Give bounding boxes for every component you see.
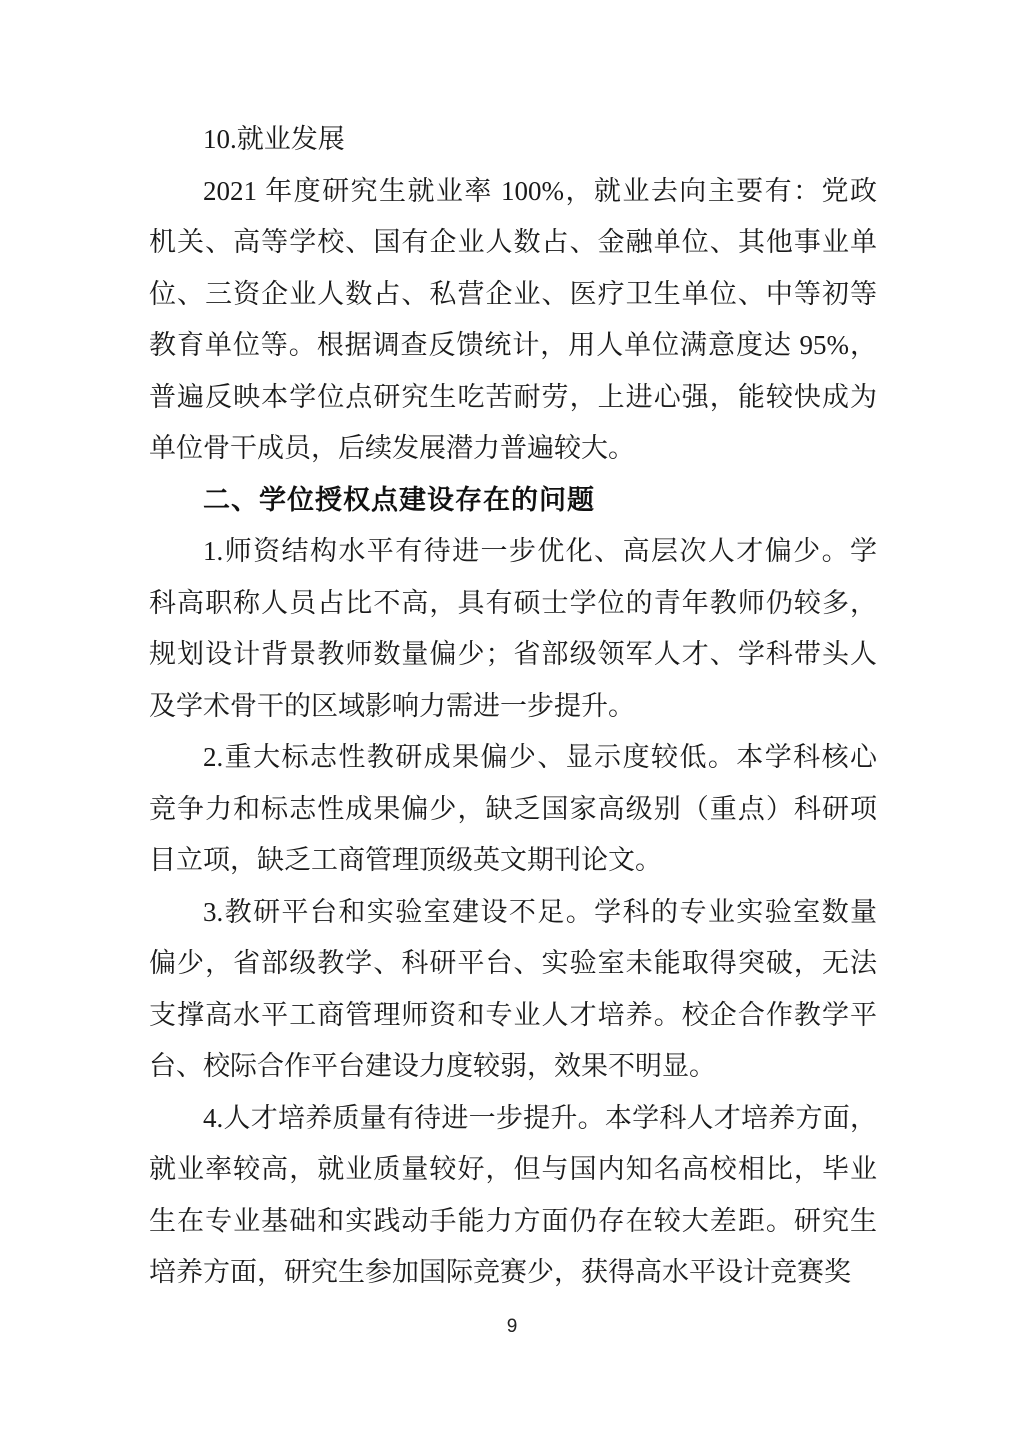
text-line: 普遍反映本学位点研究生吃苦耐劳，上进心强，能较快成为 [149, 372, 877, 424]
text-line: 3.教研平台和实验室建设不足。学科的专业实验室数量 [149, 887, 877, 939]
text-line: 生在专业基础和实践动手能力方面仍存在较大差距。研究生 [149, 1196, 877, 1248]
text-line: 单位骨干成员，后续发展潜力普遍较大。 [149, 423, 877, 475]
text-line: 位、三资企业人数占、私营企业、医疗卫生单位、中等初等 [149, 269, 877, 321]
paragraph: 1.师资结构水平有待进一步优化、高层次人才偏少。学科高职称人员占比不高，具有硕士… [149, 526, 877, 732]
text-line: 台、校际合作平台建设力度较弱，效果不明显。 [149, 1041, 877, 1093]
text-line: 1.师资结构水平有待进一步优化、高层次人才偏少。学 [149, 526, 877, 578]
text-line: 支撑高水平工商管理师资和专业人才培养。校企合作教学平 [149, 990, 877, 1042]
document-body: 10.就业发展2021 年度研究生就业率 100%，就业去向主要有：党政机关、高… [149, 114, 877, 1299]
text-line: 及学术骨干的区域影响力需进一步提升。 [149, 681, 877, 733]
text-line: 2021 年度研究生就业率 100%，就业去向主要有：党政 [149, 166, 877, 218]
text-line: 培养方面，研究生参加国际竞赛少，获得高水平设计竞赛奖 [149, 1247, 877, 1299]
text-line: 10.就业发展 [149, 114, 877, 166]
paragraph: 3.教研平台和实验室建设不足。学科的专业实验室数量偏少，省部级教学、科研平台、实… [149, 887, 877, 1093]
text-line: 教育单位等。根据调查反馈统计，用人单位满意度达 95%， [149, 320, 877, 372]
text-line: 二、学位授权点建设存在的问题 [149, 475, 877, 527]
text-line: 目立项，缺乏工商管理顶级英文期刊论文。 [149, 835, 877, 887]
text-line: 规划设计背景教师数量偏少；省部级领军人才、学科带头人 [149, 629, 877, 681]
text-line: 机关、高等学校、国有企业人数占、金融单位、其他事业单 [149, 217, 877, 269]
text-line: 2.重大标志性教研成果偏少、显示度较低。本学科核心 [149, 732, 877, 784]
document-page: 10.就业发展2021 年度研究生就业率 100%，就业去向主要有：党政机关、高… [0, 0, 1024, 1448]
text-line: 偏少，省部级教学、科研平台、实验室未能取得突破，无法 [149, 938, 877, 990]
paragraph: 2021 年度研究生就业率 100%，就业去向主要有：党政机关、高等学校、国有企… [149, 166, 877, 475]
text-line: 竞争力和标志性成果偏少，缺乏国家高级别（重点）科研项 [149, 784, 877, 836]
text-line: 4.人才培养质量有待进一步提升。本学科人才培养方面， [149, 1093, 877, 1145]
paragraph: 10.就业发展 [149, 114, 877, 166]
text-line: 科高职称人员占比不高，具有硕士学位的青年教师仍较多， [149, 578, 877, 630]
section-heading: 二、学位授权点建设存在的问题 [149, 475, 877, 527]
paragraph: 4.人才培养质量有待进一步提升。本学科人才培养方面，就业率较高，就业质量较好，但… [149, 1093, 877, 1299]
text-line: 就业率较高，就业质量较好，但与国内知名高校相比，毕业 [149, 1144, 877, 1196]
paragraph: 2.重大标志性教研成果偏少、显示度较低。本学科核心竞争力和标志性成果偏少，缺乏国… [149, 732, 877, 887]
page-number: 9 [0, 1316, 1024, 1338]
